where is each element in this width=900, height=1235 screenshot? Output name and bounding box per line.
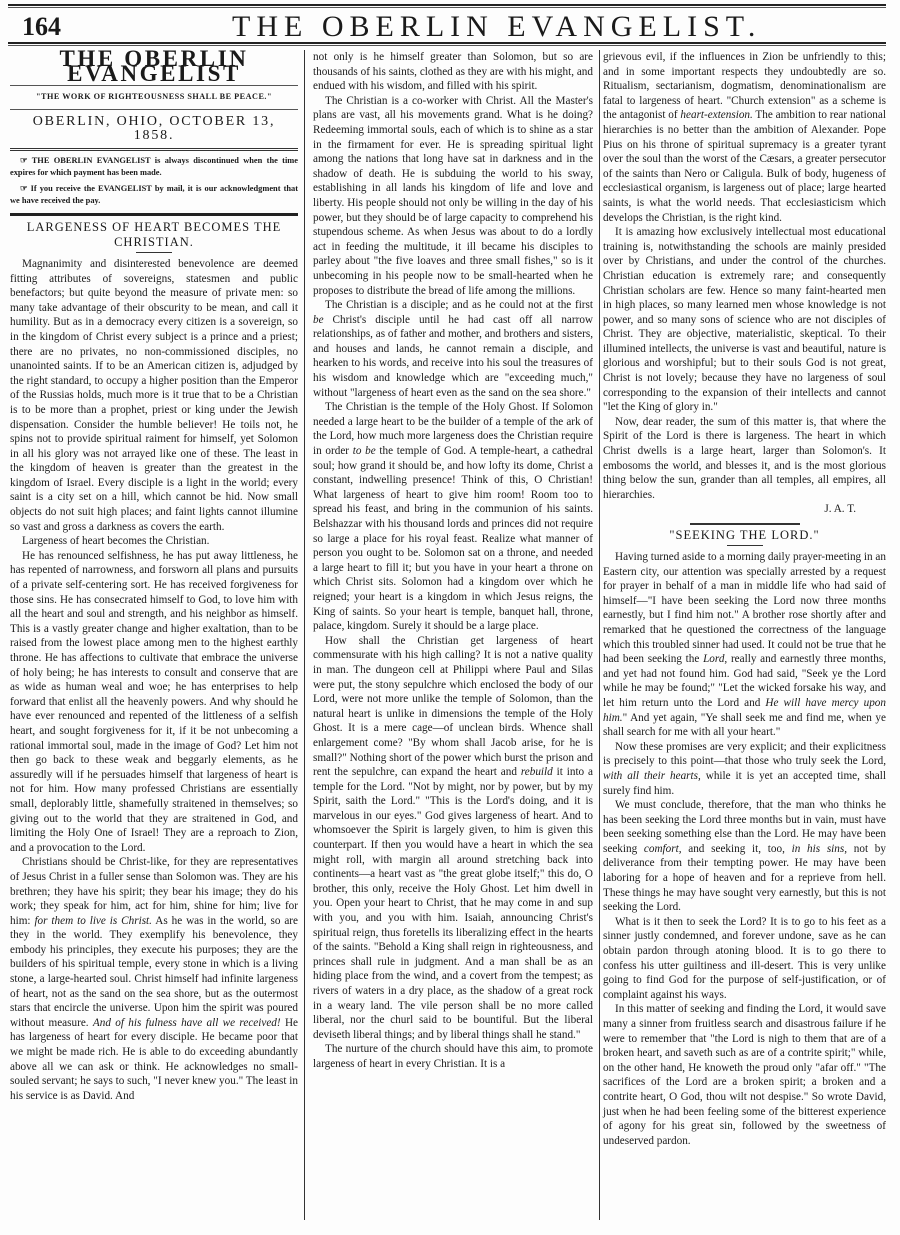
italic-text: Lord, — [703, 653, 727, 665]
title-rule — [136, 252, 172, 253]
italic-text: And of his fulness have all we received! — [93, 1017, 281, 1029]
header-rule — [8, 42, 886, 44]
paragraph: Largeness of heart becomes the Christian… — [10, 534, 298, 549]
subscription-notice: ☞ THE OBERLIN EVANGELIST is always disco… — [10, 155, 298, 179]
paragraph: How shall the Christian get largeness of… — [313, 634, 593, 1043]
paragraph: Having turned aside to a morning daily p… — [603, 550, 886, 740]
paragraph: In this matter of seeking and finding th… — [603, 1002, 886, 1148]
italic-text: heart-extension. — [680, 109, 752, 121]
pointing-hand-icon: ☞ — [20, 184, 28, 193]
article-title: "SEEKING THE LORD." — [603, 528, 886, 543]
masthead: THE OBERLIN EVANGELIST "THE WORK OF RIGH… — [10, 52, 298, 151]
section-separator — [10, 213, 298, 216]
paragraph: It is amazing how exclusively intellectu… — [603, 225, 886, 415]
masthead-motto: "THE WORK OF RIGHTEOUSNESS SHALL BE PEAC… — [10, 85, 298, 109]
column-2: not only is he himself greater than Solo… — [313, 50, 600, 1220]
paragraph: We must conclude, therefore, that the ma… — [603, 798, 886, 915]
paragraph: Magnanimity and disinterested benevolenc… — [10, 257, 298, 534]
paragraph-continued: not only is he himself greater than Solo… — [313, 50, 593, 94]
italic-text: comfort, — [644, 843, 682, 855]
page-number: 164 — [22, 12, 61, 42]
paragraph: He has renounced selfishness, he has put… — [10, 549, 298, 855]
paragraph: The Christian is a co-worker with Christ… — [313, 94, 593, 298]
paragraph: Christians should be Christ-like, for th… — [10, 855, 298, 1103]
paragraph: The Christian is the temple of the Holy … — [313, 400, 593, 634]
pointing-hand-icon: ☞ — [20, 156, 28, 165]
paragraph: The nurture of the church should have th… — [313, 1042, 593, 1071]
italic-text: to be — [353, 445, 376, 457]
top-rule — [8, 4, 886, 6]
italic-text: rebuild — [521, 766, 553, 778]
mail-notice: ☞ If you receive the EVANGELIST by mail,… — [10, 183, 298, 207]
title-rule — [727, 545, 763, 546]
paragraph: The Christian is a disciple; and as he c… — [313, 298, 593, 400]
notice-text: THE OBERLIN EVANGELIST is always discont… — [10, 156, 298, 177]
masthead-dateline: OBERLIN, OHIO, OCTOBER 13, 1858. — [10, 109, 298, 151]
author-signature: J. A. T. — [603, 502, 886, 517]
column-1: THE OBERLIN EVANGELIST "THE WORK OF RIGH… — [10, 50, 305, 1220]
article-title: LARGENESS OF HEART BECOMES THE CHRISTIAN… — [10, 220, 298, 250]
page-running-title: THE OBERLIN EVANGELIST. — [232, 10, 761, 44]
notice-text: If you receive the EVANGELIST by mail, i… — [10, 184, 298, 205]
paragraph-continued: grievous evil, if the influences in Zion… — [603, 50, 886, 225]
paragraph: Now, dear reader, the sum of this matter… — [603, 415, 886, 517]
italic-text: with all their hearts, — [603, 770, 701, 782]
paragraph: What is it then to seek the Lord? It is … — [603, 915, 886, 1003]
paragraph: Now these promises are very explicit; an… — [603, 740, 886, 798]
masthead-title: THE OBERLIN EVANGELIST — [10, 52, 298, 81]
italic-text: be — [313, 314, 324, 326]
italic-text: in his sins, — [792, 843, 847, 855]
article-separator — [690, 523, 800, 525]
page-header: 164 THE OBERLIN EVANGELIST. — [22, 10, 880, 42]
top-rule-thin — [8, 7, 886, 8]
italic-text: for them to live is Christ. — [34, 915, 152, 927]
column-3: grievous evil, if the influences in Zion… — [603, 50, 886, 1148]
